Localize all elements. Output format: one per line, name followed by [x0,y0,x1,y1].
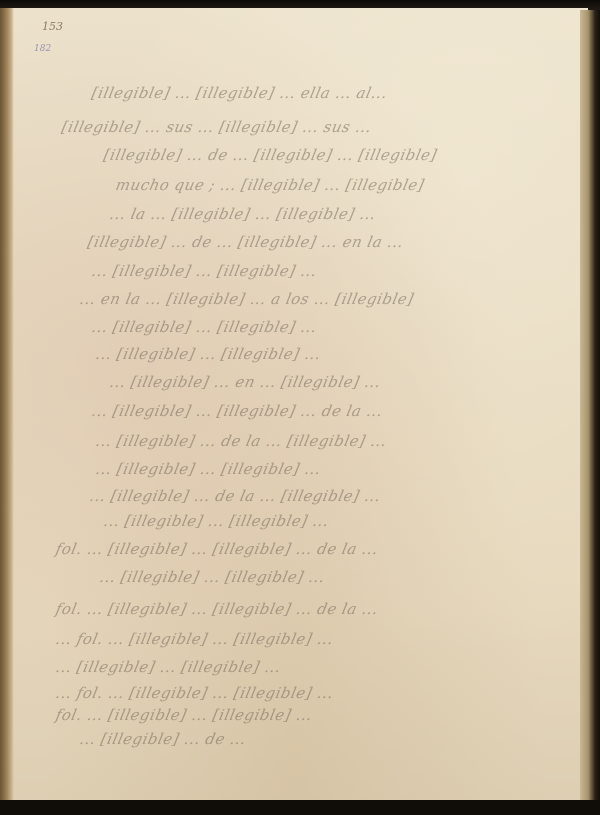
binding-spine [0,8,14,808]
manuscript-line: mucho que ; ... [illegible] ... [illegib… [114,176,426,194]
manuscript-line: ... la ... [illegible] ... [illegible] .… [108,205,378,223]
secondary-folio-mark: 182 [34,44,51,54]
manuscript-line: [illegible] ... [illegible] ... ella ...… [90,84,389,102]
bottom-shadow [0,800,600,815]
manuscript-line: ... [illegible] ... [illegible] ... [94,460,323,478]
manuscript-line: ... [illegible] ... [illegible] ... [90,262,319,280]
manuscript-line: ... fol. ... [illegible] ... [illegible]… [54,684,335,702]
page-edge [580,10,600,800]
manuscript-line: ... [illegible] ... de ... [78,730,248,748]
manuscript-line: fol. ... [illegible] ... [illegible] ...… [54,600,380,618]
manuscript-line: ... [illegible] ... [illegible] ... [54,658,283,676]
manuscript-line: ... [illegible] ... [illegible] ... [102,512,331,530]
manuscript-line: ... [illegible] ... [illegible] ... [90,318,319,336]
manuscript-line: ... [illegible] ... [illegible] ... [98,568,327,586]
manuscript-line: [illegible] ... de ... [illegible] ... [… [102,146,439,164]
folio-number: 153 [42,20,63,33]
manuscript-line: ... en la ... [illegible] ... a los ... … [78,290,416,308]
manuscript-line: fol. ... [illegible] ... [illegible] ... [54,706,314,724]
manuscript-line: ... [illegible] ... en ... [illegible] .… [108,373,382,391]
manuscript-line: ... fol. ... [illegible] ... [illegible]… [54,630,335,648]
manuscript-line: fol. ... [illegible] ... [illegible] ...… [54,540,380,558]
manuscript-line: ... [illegible] ... [illegible] ... [94,345,323,363]
manuscript-line: ... [illegible] ... de la ... [illegible… [94,432,388,450]
manuscript-line: ... [illegible] ... de la ... [illegible… [88,487,382,505]
manuscript-line: ... [illegible] ... [illegible] ... de l… [90,402,384,420]
manuscript-line: [illegible] ... de ... [illegible] ... e… [86,233,405,251]
manuscript-line: [illegible] ... sus ... [illegible] ... … [60,118,373,136]
